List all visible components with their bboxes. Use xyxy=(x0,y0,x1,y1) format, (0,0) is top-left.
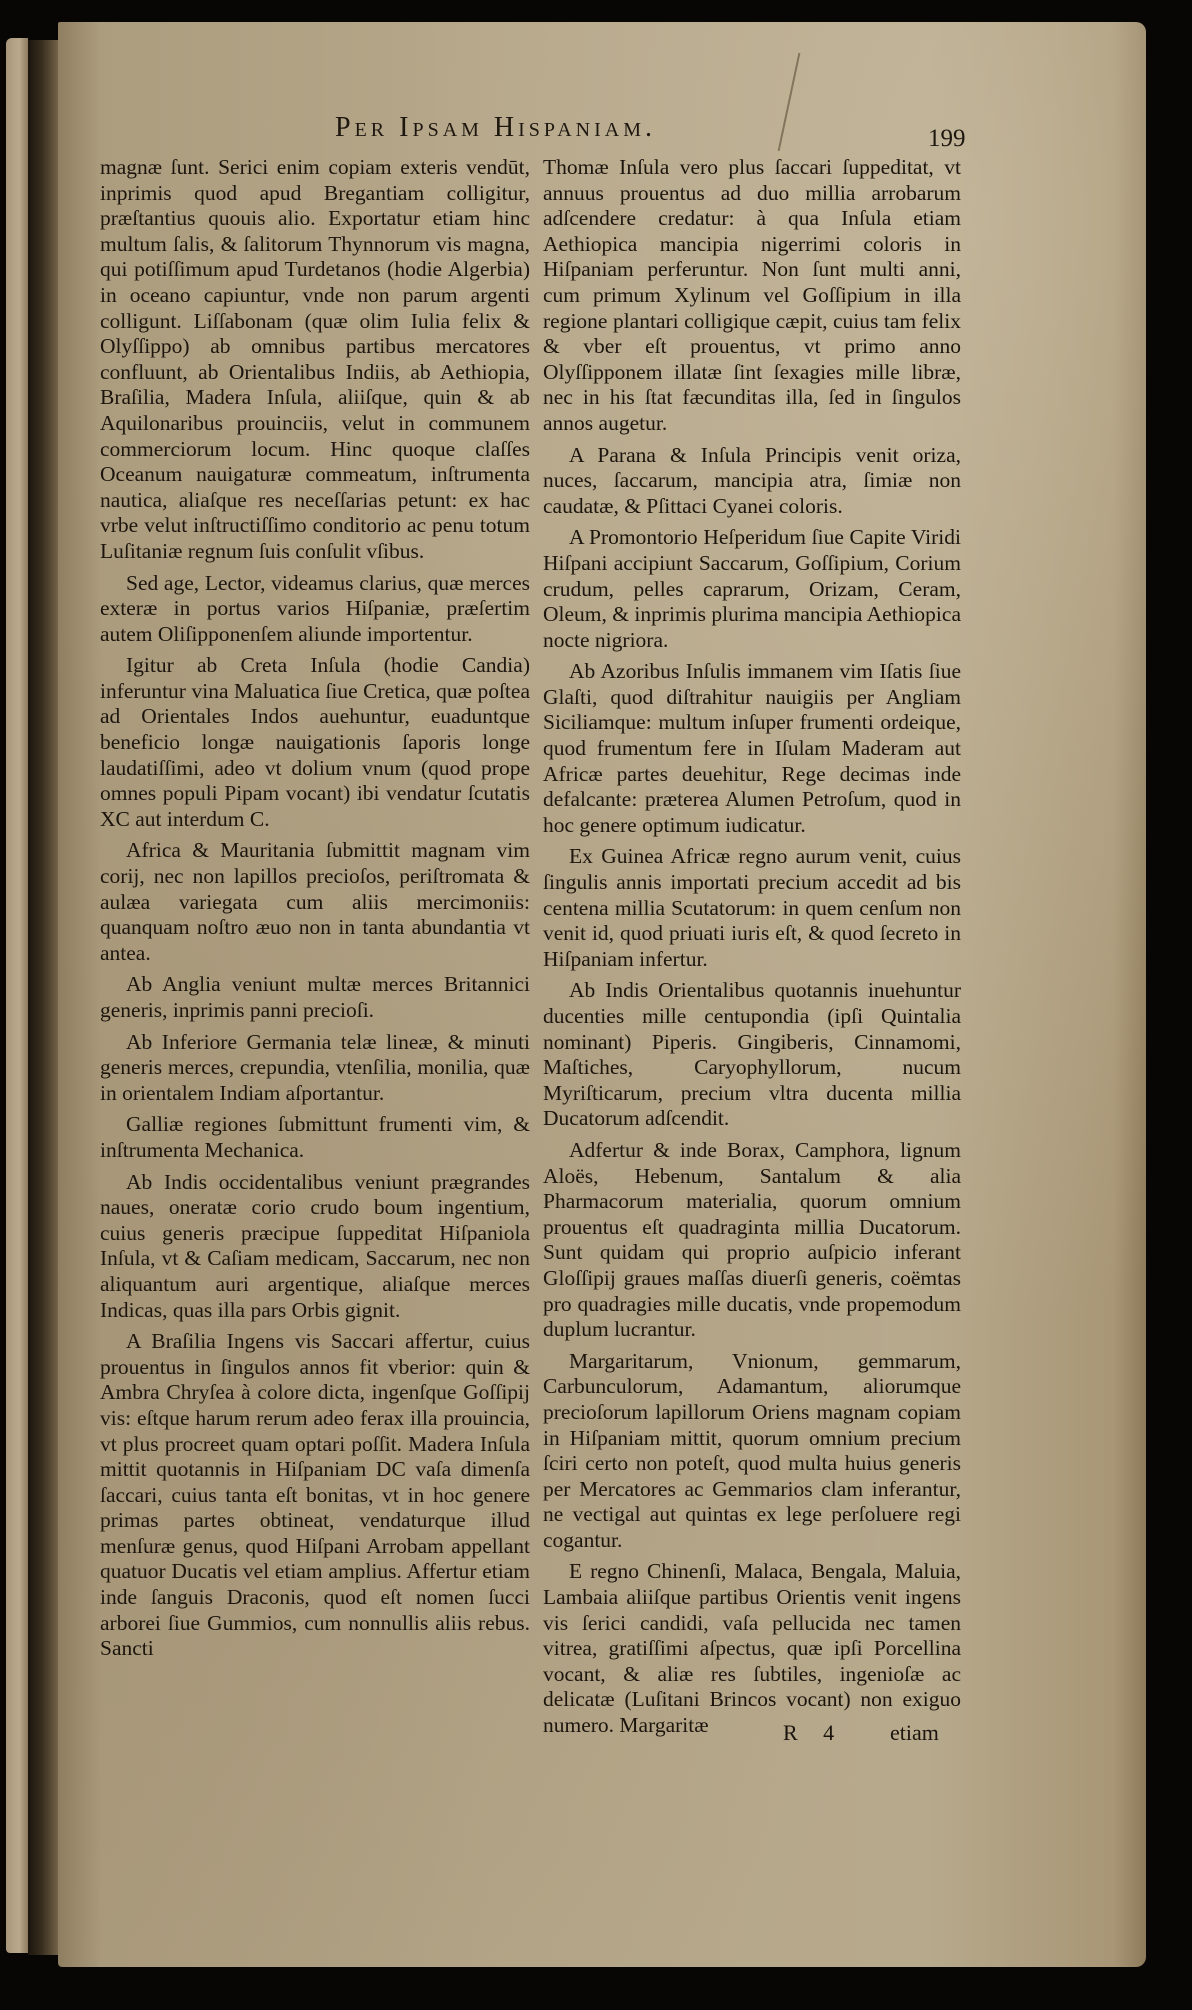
paragraph: Sed age, Lector, videamus clarius, quæ m… xyxy=(100,571,530,648)
page-number: 199 xyxy=(928,125,966,153)
paragraph: Ab Azoribus Inſulis immanem vim Iſatis ſ… xyxy=(543,659,961,838)
paragraph: Thomæ Inſula vero plus ſaccari ſuppedita… xyxy=(543,155,961,437)
paragraph: Ab Anglia veniunt multæ merces Britannic… xyxy=(100,972,530,1023)
paragraph: A Parana & Inſula Principis venit oriza,… xyxy=(543,443,961,520)
paragraph: Ab Inferiore Germania telæ lineæ, & minu… xyxy=(100,1030,530,1107)
paragraph: Ab Indis Orientalibus quotannis inuehunt… xyxy=(543,978,961,1132)
paragraph: Margaritarum, Vnionum, gemmarum, Carbunc… xyxy=(543,1349,961,1554)
paragraph: Adfertur & inde Borax, Camphora, lignum … xyxy=(543,1138,961,1343)
running-head: Per Ipsam Hispaniam. xyxy=(335,112,656,144)
paragraph: Ab Indis occidentalibus veniunt prægrand… xyxy=(100,1170,530,1324)
right-column: Thomæ Inſula vero plus ſaccari ſuppedita… xyxy=(543,155,961,1745)
signature-mark: R 4 xyxy=(783,1720,844,1746)
left-column: magnæ ſunt. Serici enim copiam exteris v… xyxy=(100,155,530,1668)
paragraph: Ex Guinea Africæ regno aurum venit, cuiu… xyxy=(543,844,961,972)
paragraph: Africa & Mauritania ſubmittit magnam vim… xyxy=(100,838,530,966)
paragraph: A Braſilia Ingens vis Saccari affertur, … xyxy=(100,1329,530,1662)
facing-page-edge xyxy=(6,38,28,1953)
catchword: etiam xyxy=(890,1720,939,1746)
paper-crack xyxy=(778,53,801,151)
paragraph: Galliæ regiones ſubmittunt frumenti vim,… xyxy=(100,1112,530,1163)
paragraph: magnæ ſunt. Serici enim copiam exteris v… xyxy=(100,155,530,565)
paragraph: A Promontorio Heſperidum ſiue Capite Vir… xyxy=(543,525,961,653)
paragraph: Igitur ab Creta Inſula (hodie Candia) in… xyxy=(100,653,530,832)
paragraph: E regno Chinenſi, Malaca, Bengala, Malui… xyxy=(543,1559,961,1738)
